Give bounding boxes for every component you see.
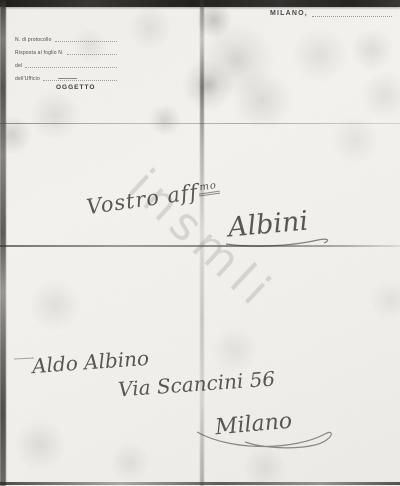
form-row-protocollo: N. di protocollo bbox=[15, 30, 117, 43]
form-label-risposta: Risposta al foglio N. bbox=[15, 50, 64, 56]
handwritten-address-city: Milano bbox=[214, 409, 293, 441]
protocol-form: N. di protocollo Risposta al foglio N. d… bbox=[15, 30, 117, 82]
date-dotted-line bbox=[312, 8, 392, 17]
handwritten-signature: Albini bbox=[227, 206, 309, 244]
handwritten-address-street: Via Scancini 56 bbox=[117, 367, 275, 402]
handwritten-address-name: Aldo Albino bbox=[31, 346, 149, 378]
form-label-del: del bbox=[15, 63, 22, 69]
oggetto-label: OGGETTO bbox=[56, 84, 95, 91]
closing-superscript: mo bbox=[197, 180, 220, 197]
printed-city-date-line: MILANO, bbox=[270, 8, 392, 17]
form-label-protocollo: N. di protocollo bbox=[15, 37, 52, 43]
dotted-leader bbox=[43, 75, 117, 81]
short-rule-line bbox=[58, 78, 77, 79]
dotted-leader bbox=[25, 62, 117, 68]
form-row-ufficio: dell'Ufficio bbox=[15, 69, 117, 82]
closing-text: Vostro aff bbox=[85, 180, 200, 219]
fold-crease-vertical bbox=[200, 0, 204, 486]
scan-edge-left bbox=[0, 0, 6, 486]
dotted-leader bbox=[55, 36, 117, 42]
form-row-risposta: Risposta al foglio N. bbox=[15, 43, 117, 56]
form-label-ufficio: dell'Ufficio bbox=[15, 76, 40, 82]
dotted-leader bbox=[67, 49, 117, 55]
city-label: MILANO, bbox=[270, 10, 308, 17]
scanned-letter-page: MILANO, N. di protocollo Risposta al fog… bbox=[0, 0, 400, 486]
form-row-del: del bbox=[15, 56, 117, 69]
